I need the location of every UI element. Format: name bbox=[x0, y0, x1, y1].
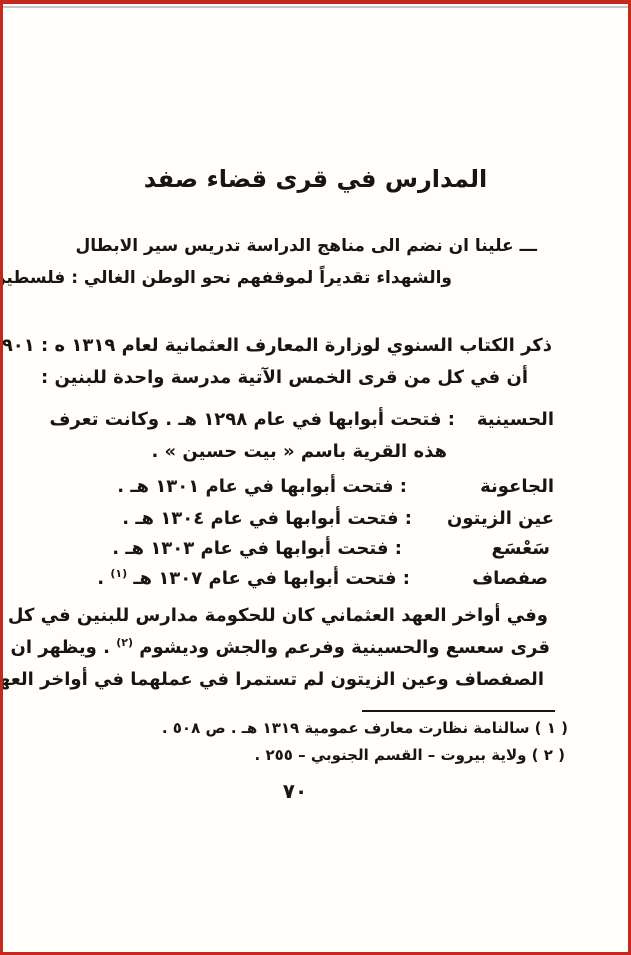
scan-artifact-rule bbox=[3, 6, 628, 8]
closing-line-2-text: قرى سعسع والحسينية وفرعم والجش وديشوم bbox=[133, 637, 550, 658]
footnote-reference-1: (١) bbox=[110, 567, 127, 580]
footnote-1: ( ١ ) سالنامة نظارت معارف عمومية ١٣١٩ هـ… bbox=[162, 717, 568, 739]
school-entry-text: : فتحت أبوابها في عام ١٣٠٤ هـ . bbox=[122, 506, 412, 532]
closing-paragraph-line-1: وفي أواخر العهد العثماني كان للحكومة مدا… bbox=[0, 603, 548, 629]
school-entry-text: : فتحت أبوابها في عام ١٣٠٣ هـ . bbox=[112, 536, 402, 562]
school-village-name: سَعْسَع bbox=[492, 536, 550, 562]
school-entry-text-continued: هذه القرية باسم « بيت حسين » . bbox=[151, 439, 447, 465]
intro-paragraph-line-2: أن في كل من قرى الخمس الآتية مدرسة واحدة… bbox=[41, 365, 528, 391]
school-entry-text-main: : فتحت أبوابها في عام ١٣٠٧ هـ bbox=[127, 568, 410, 589]
footnote-2: ( ٢ ) ولاية بيروت – القسم الجنوبي – ٢٥٥ … bbox=[255, 744, 565, 766]
school-entry-text: : فتحت أبوابها في عام ١٣٠٧ هـ (١) . bbox=[97, 566, 410, 594]
school-entry-text: : فتحت أبوابها في عام ١٣٠١ هـ . bbox=[117, 474, 407, 500]
school-village-name: صفصاف bbox=[472, 566, 548, 592]
closing-line-2-text-end: . ويظهر ان مدرستي bbox=[0, 637, 116, 658]
school-village-name: الحسينية bbox=[477, 407, 554, 433]
book-page: المدارس في قرى قضاء صفد ـــ علينا ان نضم… bbox=[0, 0, 631, 955]
closing-paragraph-line-3: الصفصاف وعين الزيتون لم تستمرا في عملهما… bbox=[0, 667, 544, 693]
epigraph-line-2: والشهداء تقديراً لموقفهم نحو الوطن الغال… bbox=[0, 265, 452, 291]
epigraph-line-1: ـــ علينا ان نضم الى مناهج الدراسة تدريس… bbox=[76, 233, 537, 259]
footnote-reference-2: (٢) bbox=[116, 636, 133, 649]
page-title: المدارس في قرى قضاء صفد bbox=[3, 165, 628, 193]
school-entry-text-end: . bbox=[97, 568, 110, 589]
page-number: ٧٠ bbox=[273, 779, 317, 803]
school-village-name: عين الزيتون bbox=[447, 506, 554, 532]
closing-paragraph-line-2: قرى سعسع والحسينية وفرعم والجش وديشوم (٢… bbox=[0, 635, 550, 663]
footnote-separator-rule bbox=[362, 710, 555, 712]
intro-paragraph-line-1: ذكر الكتاب السنوي لوزارة المعارف العثمان… bbox=[0, 333, 552, 359]
school-entry-text: : فتحت أبوابها في عام ١٢٩٨ هـ . وكانت تع… bbox=[50, 407, 455, 433]
school-village-name: الجاعونة bbox=[480, 474, 554, 500]
